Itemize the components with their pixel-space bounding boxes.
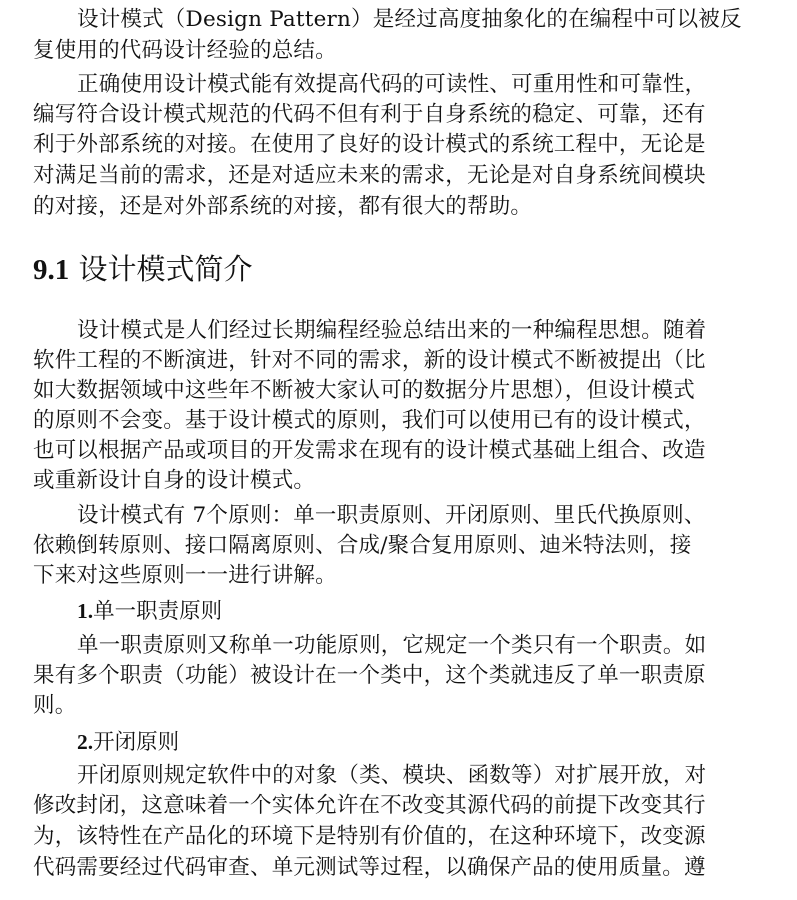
subsection-2-line-4: 代码需要经过代码审查、单元测试等过程，以确保产品的使用质量。遵 (33, 853, 706, 883)
subsection-2-number: 2. (77, 730, 93, 754)
subsection-1-line-1: 单一职责原则又称单一功能原则，它规定一个类只有一个职责。如 (77, 631, 706, 661)
section-number: 9.1 (33, 254, 69, 286)
intro-p2-line-3: 利于外部系统的对接。在使用了良好的设计模式的系统工程中，无论是 (33, 130, 706, 160)
subsection-2-line-1: 开闭原则规定软件中的对象（类、模块、函数等）对扩展开放，对 (77, 761, 706, 791)
subsection-2-title: 开闭原则 (93, 730, 179, 755)
subsection-2-line-2: 修改封闭，这意味着一个实体允许在不改变其源代码的前提下改变其行 (33, 791, 706, 821)
section-p1-line-3: 如大数据领域中这些年不断被大家认可的数据分片思想），但设计模式 (33, 376, 695, 406)
subsection-1-line-3: 则。 (33, 691, 76, 721)
section-title: 设计模式简介 (78, 252, 252, 286)
subsection-2-heading: 2.开闭原则 (77, 727, 179, 758)
section-p1-line-1: 设计模式是人们经过长期编程经验总结出来的一种编程思想。随着 (77, 316, 706, 346)
intro-p1-line-1: 设计模式（Design Pattern）是经过高度抽象化的在编程中可以被反 (77, 5, 742, 35)
subsection-2-line-3: 为，该特性在产品化的环境下是特别有价值的，在这种环境下，改变源 (33, 822, 706, 852)
section-p1-line-2: 软件工程的不断演进，针对不同的需求，新的设计模式不断被提出（比 (33, 346, 706, 376)
section-p2-line-3: 下来对这些原则一一进行讲解。 (33, 561, 337, 591)
section-p1-line-5: 也可以根据产品或项目的开发需求在现有的设计模式基础上组合、改造 (33, 436, 706, 466)
section-p1-line-4: 的原则不会变。基于设计模式的原则，我们可以使用已有的设计模式， (33, 406, 706, 436)
intro-p2-line-4: 对满足当前的需求，还是对适应未来的需求，无论是对自身系统间模块 (33, 161, 706, 191)
subsection-1-number: 1. (77, 599, 93, 623)
document-page: 设计模式（Design Pattern）是经过高度抽象化的在编程中可以被反 复使… (0, 0, 797, 900)
section-p1-line-6: 或重新设计自身的设计模式。 (33, 466, 315, 496)
intro-p2-line-5: 的对接，还是对外部系统的对接，都有很大的帮助。 (33, 192, 532, 222)
subsection-1-line-2: 果有多个职责（功能）被设计在一个类中，这个类就违反了单一职责原 (33, 661, 706, 691)
intro-p2-line-2: 编写符合设计模式规范的代码不但有利于自身系统的稳定、可靠，还有 (33, 100, 706, 130)
intro-p1-line-2: 复使用的代码设计经验的总结。 (33, 36, 337, 66)
subsection-1-heading: 1.单一职责原则 (77, 596, 222, 627)
section-p2-line-1: 设计模式有 7个原则：单一职责原则、开闭原则、里氏代换原则、 (77, 501, 706, 531)
subsection-1-title: 单一职责原则 (93, 599, 222, 624)
section-p2-line-2: 依赖倒转原则、接口隔离原则、合成/聚合复用原则、迪米特法则，接 (33, 531, 691, 561)
intro-p2-line-1: 正确使用设计模式能有效提高代码的可读性、可重用性和可靠性， (77, 70, 706, 100)
section-heading: 9.1 设计模式简介 (33, 249, 252, 290)
